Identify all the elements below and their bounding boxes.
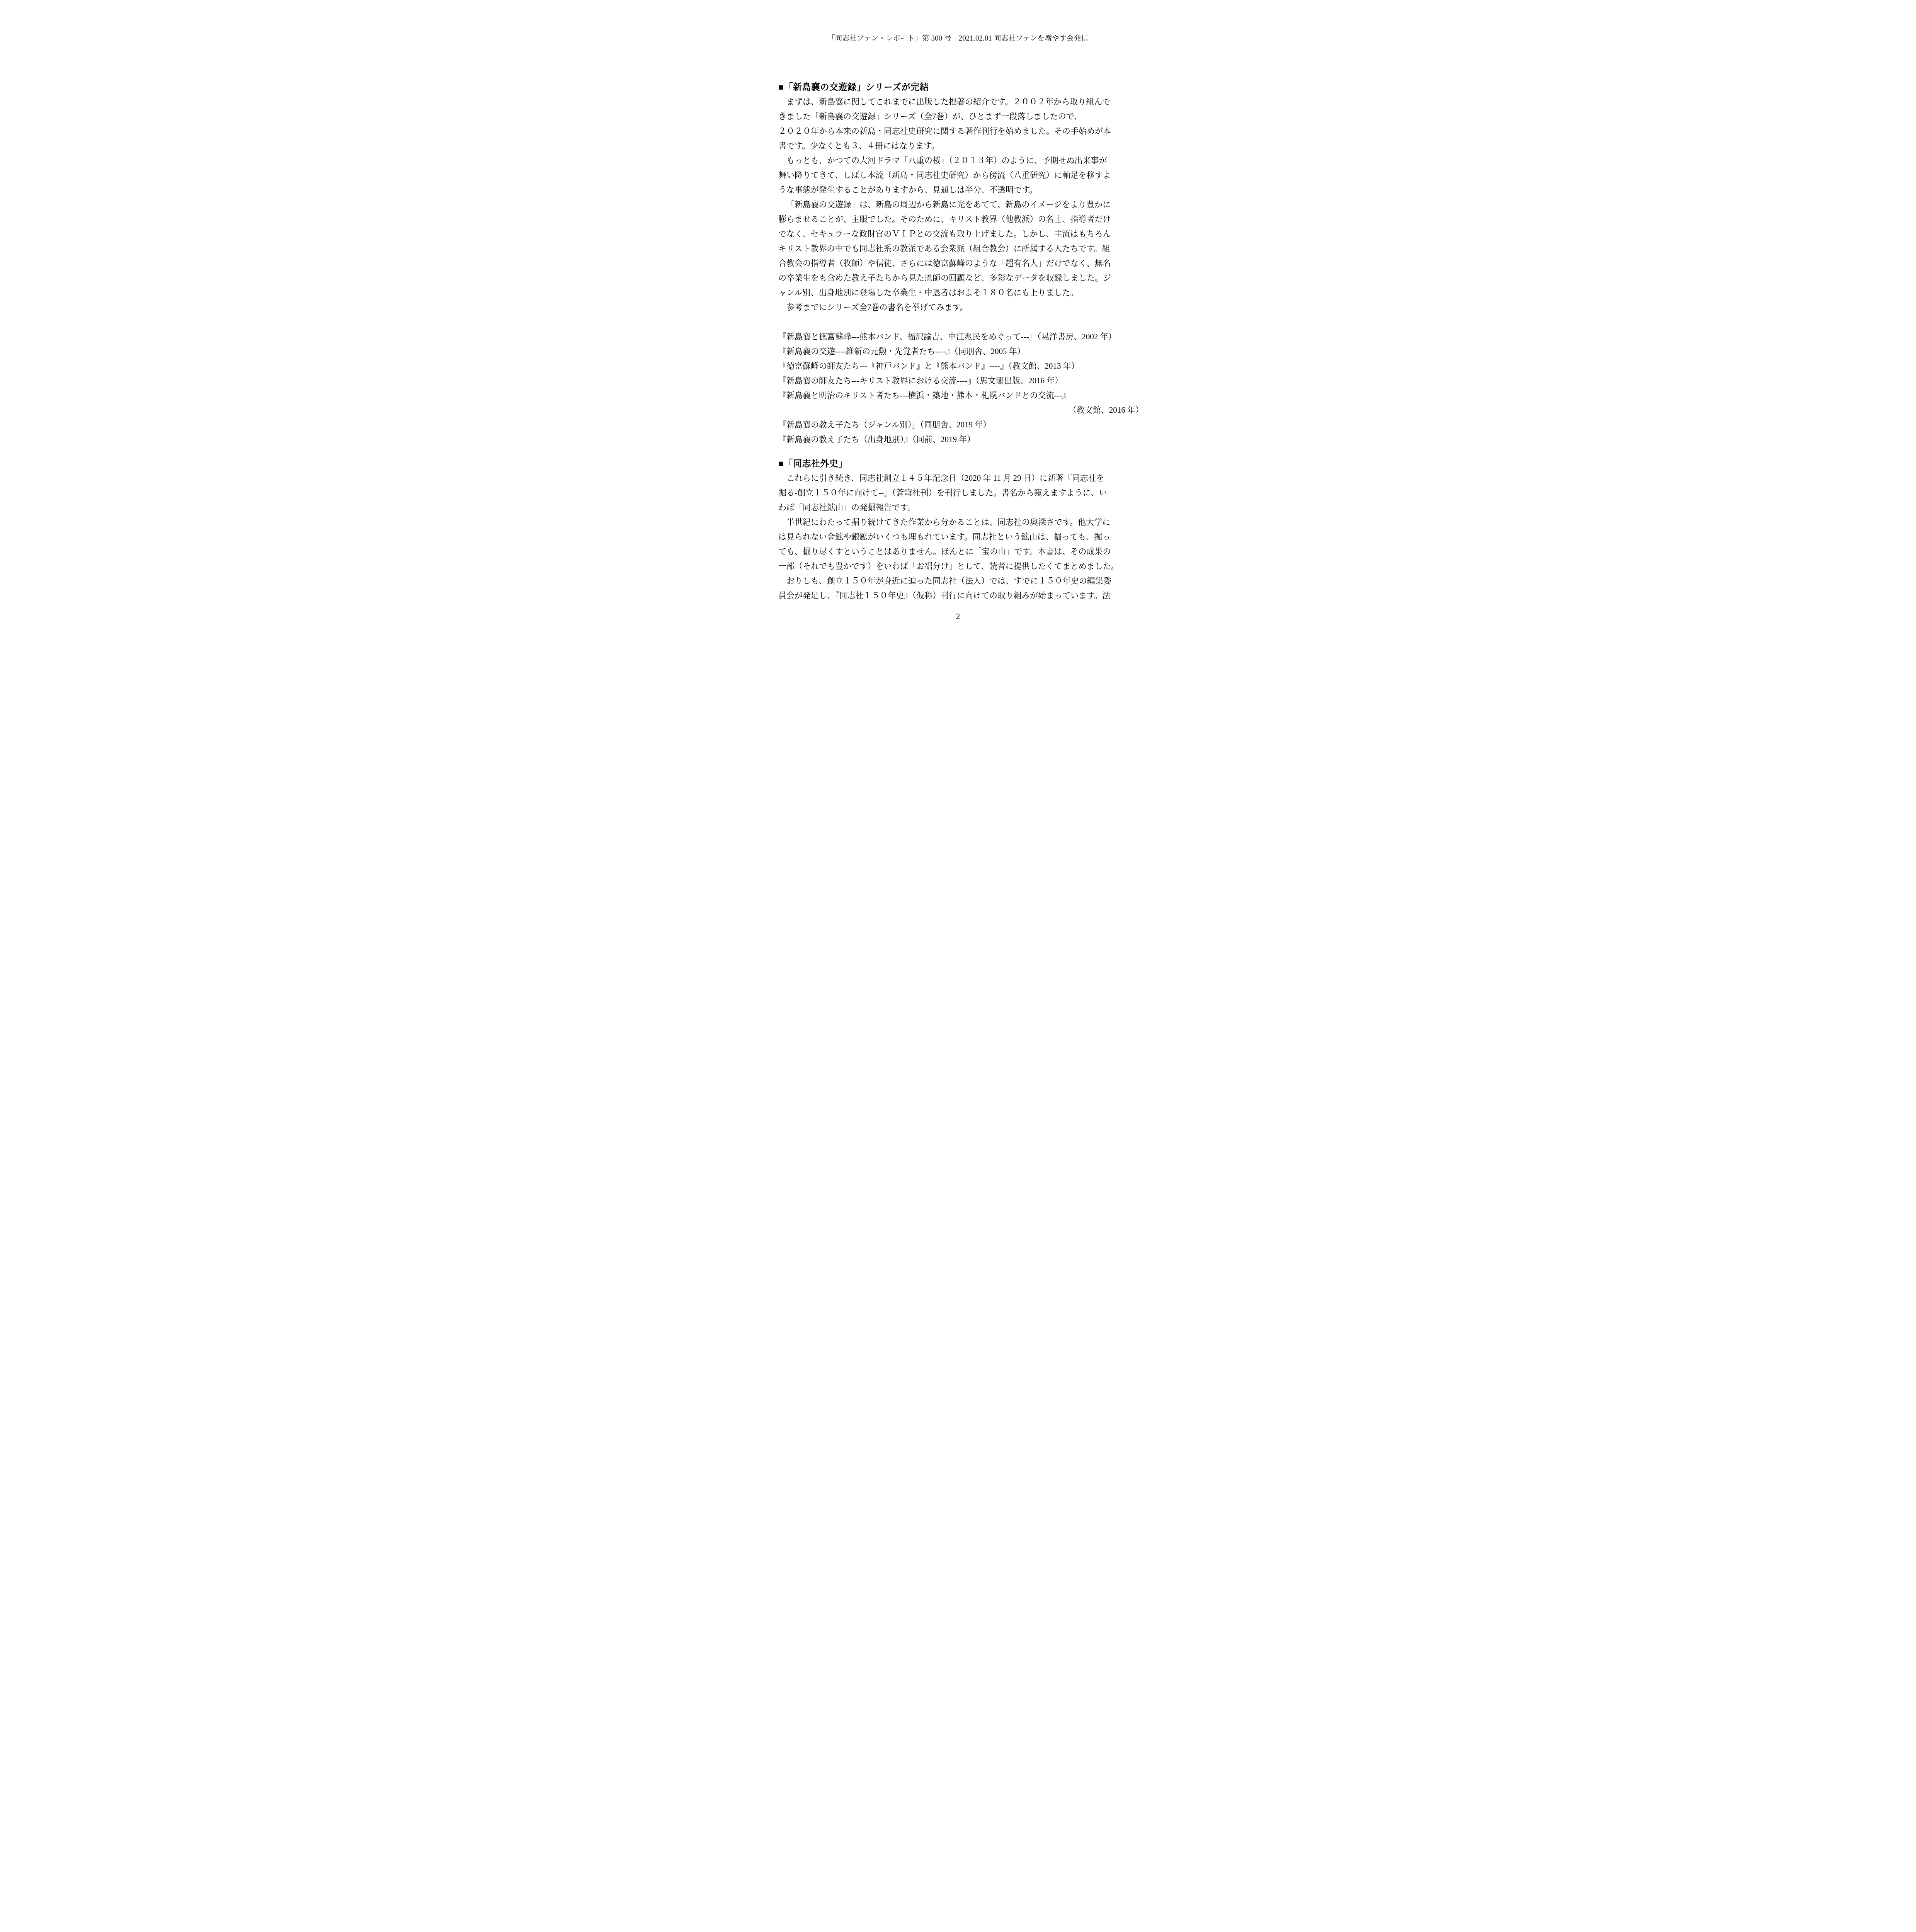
text-line: 「新島襄の交遊録」は、新島の周辺から新島に光をあてて、新島のイメージをより豊かに <box>778 197 1143 212</box>
text-line: ャンル別、出身地別に登場した卒業生・中退者はおよそ１８０名にも上りました。 <box>778 285 1143 300</box>
text-line: 書です。少なくとも３、４冊にはなります。 <box>778 138 1143 153</box>
book-list-item: 『新島襄と徳富蘇峰---熊本バンド、福沢諭吉、中江兆民をめぐって---』（晃洋書… <box>778 329 1143 344</box>
text-line: 掘る-創立１５０年に向けて--』（蒼穹社刊）を刊行しました。書名から窺えますよう… <box>778 485 1143 500</box>
book-list-item: 『新島襄の師友たち---キリスト教界における交流----』（思文閣出版、2016… <box>778 373 1143 388</box>
text-line: の卒業生をも含めた教え子たちから見た恩師の回顧など、多彩なデータを収録しました。… <box>778 270 1143 285</box>
book-list-item: 『新島襄の交遊----維新の元勲・先覚者たち----』（同朋舎、2005 年） <box>778 344 1143 359</box>
text-line: おりしも、創立１５０年が身近に迫った同志社（法人）では、すでに１５０年史の編集委 <box>778 573 1143 588</box>
section-heading-gaishi: ■「同志社外史」 <box>778 456 1143 471</box>
text-line: でなく、セキュラーな政財官のＶＩＰとの交流も取り上げました。しかし、主流はもちろ… <box>778 226 1143 241</box>
text-line: 合教会の指導者（牧師）や信徒、さらには徳富蘇峰のような「超有名人」だけでなく、無… <box>778 256 1143 270</box>
text-line: ても、掘り尽くすということはありません。ほんとに「宝の山」です。本書は、その成果… <box>778 544 1143 559</box>
document-header: 「同志社ファン・レポート」第 300 号 2021.02.01 同志社ファンを増… <box>718 34 1198 43</box>
text-line: わば「同志社鉱山」の発掘報告です。 <box>778 500 1143 515</box>
text-line: これらに引き続き、同志社創立１４５年記念日（2020 年 11 月 29 日）に… <box>778 471 1143 485</box>
section-heading-koyuroku: ■「新島襄の交遊録」シリーズが完結 <box>778 80 1143 94</box>
book-list-item: 『徳富蘇峰の師友たち---『神戸バンド』と『熊本バンド』----』（教文館、20… <box>778 359 1143 373</box>
text-line: ２０２０年から本来の新島・同志社史研究に関する著作刊行を始めました。その手始めが… <box>778 124 1143 138</box>
book-list-item: 『新島襄と明治のキリスト者たち---横浜・築地・熊本・札幌バンドとの交流---』 <box>778 388 1143 403</box>
text-line: まずは、新島襄に関してこれまでに出版した拙著の紹介です。２００２年から取り組んで <box>778 94 1143 109</box>
blank-line <box>778 315 1143 329</box>
text-line: キリスト教界の中でも同志社系の教派である会衆派（組合教会）に所属する人たちです。… <box>778 241 1143 256</box>
page-number: 2 <box>718 609 1198 624</box>
text-line: 膨らませることが、主眼でした。そのために、キリスト教界（他教派）の名士、指導者だ… <box>778 212 1143 226</box>
text-line: 参考までにシリーズ全7巻の書名を挙げてみます。 <box>778 300 1143 315</box>
text-line: 一部（それでも豊かです）をいわば「お裾分け」として、読者に提供したくてまとめまし… <box>778 559 1143 573</box>
document-body: ■「新島襄の交遊録」シリーズが完結 まずは、新島襄に関してこれまでに出版した拙著… <box>778 80 1143 603</box>
text-line: きました「新島襄の交遊録」シリーズ（全7巻）が、ひとまず一段落しましたので、 <box>778 109 1143 124</box>
book-list-item: 『新島襄の教え子たち（ジャンル別）』（同朋舎、2019 年） <box>778 417 1143 432</box>
book-list-item: 『新島襄の教え子たち（出身地別）』（同前、2019 年） <box>778 432 1143 447</box>
book-list-item-publisher: （教文館、2016 年） <box>778 403 1143 417</box>
text-line: 半世紀にわたって掘り続けてきた作業から分かることは、同志社の奥深さです。他大学に <box>778 515 1143 529</box>
text-line: 員会が発足し、『同志社１５０年史』（仮称）刊行に向けての取り組みが始まっています… <box>778 588 1143 603</box>
document-page: 「同志社ファン・レポート」第 300 号 2021.02.01 同志社ファンを増… <box>718 0 1198 678</box>
text-line: もっとも、かつての大河ドラマ「八重の桜」（２０１３年）のように、予期せぬ出来事が <box>778 153 1143 168</box>
text-line: 舞い降りてきて、しばし本流（新島・同志社史研究）から傍流（八重研究）に軸足を移す… <box>778 168 1143 182</box>
text-line: うな事態が発生することがありますから、見通しは半分、不透明です。 <box>778 182 1143 197</box>
text-line: は見られない金鉱や銀鉱がいくつも埋もれています。同志社という鉱山は、掘っても、掘… <box>778 529 1143 544</box>
